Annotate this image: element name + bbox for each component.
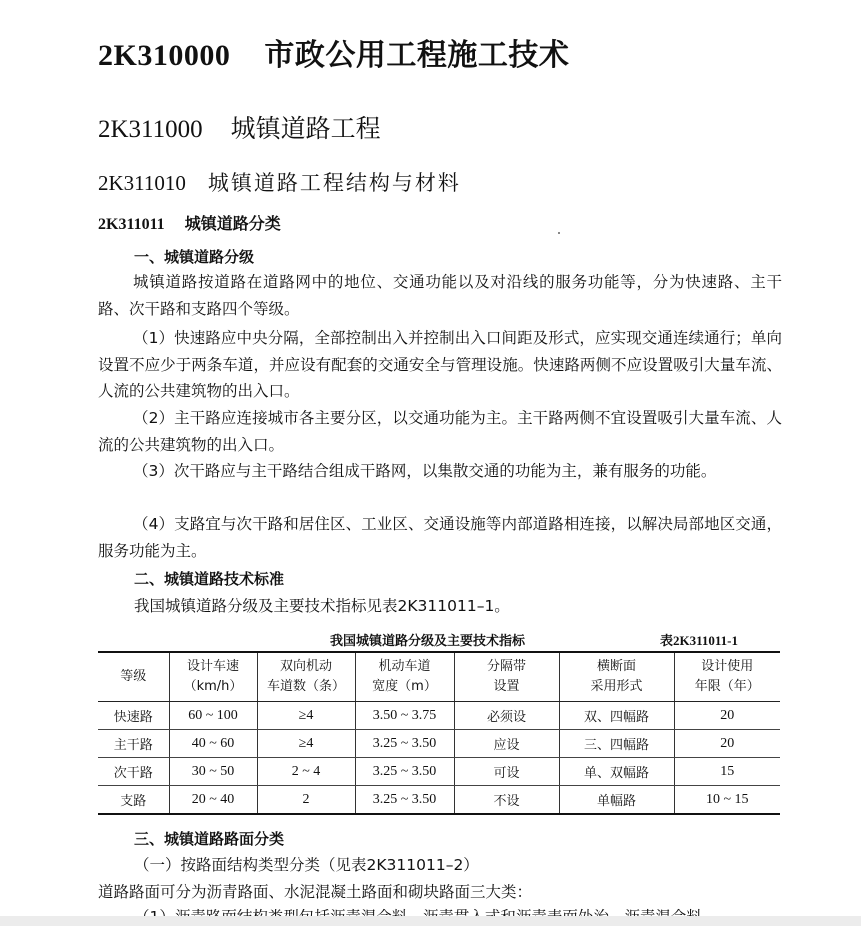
header-design-life: 设计使用年限（年） [674,652,780,702]
cell-speed: 60 ~ 100 [169,702,257,730]
cell-cross-section: 双、四幅路 [559,702,674,730]
subsection-code: 2K311010 [98,171,186,195]
table-row: 次干路 30 ~ 50 2 ~ 4 3.25 ~ 3.50 可设 单、双幅路 1… [98,758,780,786]
cell-lanes: ≥4 [257,730,355,758]
cell-grade: 次干路 [98,758,169,786]
cell-grade: 主干路 [98,730,169,758]
section1-intro: 城镇道路按道路在道路网中的地位、交通功能以及对沿线的服务功能等，分为快速路、主干… [98,269,782,322]
cell-lanes: 2 [257,786,355,815]
cell-median: 不设 [454,786,559,815]
section1-item-3: （3）次干路应与主干路结合组成干路网，以集散交通的功能为主，兼有服务的功能。 [98,458,782,485]
section-heading: 2K311000城镇道路工程 [98,109,381,145]
header-design-speed: 设计车速（km/h） [169,652,257,702]
section-code: 2K311000 [98,116,203,143]
cell-life: 15 [674,758,780,786]
section-title: 城镇道路工程 [231,114,381,143]
cell-speed: 20 ~ 40 [169,786,257,815]
cell-speed: 40 ~ 60 [169,730,257,758]
cell-cross-section: 三、四幅路 [559,730,674,758]
section3-title: 三、城镇道路路面分类 [134,828,284,849]
cell-median: 应设 [454,730,559,758]
cell-lanes: 2 ~ 4 [257,758,355,786]
header-cross-section: 横断面采用形式 [559,652,674,702]
cell-width: 3.25 ~ 3.50 [355,730,454,758]
section1-item-4: （4）支路宜与次干路和居住区、工业区、交通设施等内部道路相连接，以解决局部地区交… [98,511,782,564]
chapter-code: 2K310000 [98,39,230,72]
topic-title: 城镇道路分类 [185,214,281,233]
table-number: 表2K311011-1 [660,630,738,649]
road-classification-table: 等级 设计车速（km/h） 双向机动车道数（条） 机动车道宽度（m） 分隔带设置… [98,651,780,815]
table-header-row: 等级 设计车速（km/h） 双向机动车道数（条） 机动车道宽度（m） 分隔带设置… [98,652,780,702]
subsection-heading: 2K311010城镇道路工程结构与材料 [98,167,461,197]
cell-grade: 支路 [98,786,169,815]
cell-lanes: ≥4 [257,702,355,730]
cell-life: 20 [674,730,780,758]
table-row: 支路 20 ~ 40 2 3.25 ~ 3.50 不设 单幅路 10 ~ 15 [98,786,780,815]
header-median: 分隔带设置 [454,652,559,702]
cell-median: 可设 [454,758,559,786]
topic-heading: 2K311011城镇道路分类 [98,211,281,234]
section2-title: 二、城镇道路技术标准 [134,568,284,589]
cell-median: 必须设 [454,702,559,730]
section1-item-2: （2）主干路应连接城市各主要分区，以交通功能为主。主干路两侧不宜设置吸引大量车流… [98,405,782,458]
section1-title: 一、城镇道路分级 [134,246,254,267]
cell-cross-section: 单幅路 [559,786,674,815]
cell-life: 10 ~ 15 [674,786,780,815]
topic-code: 2K311011 [98,216,165,233]
cell-cross-section: 单、双幅路 [559,758,674,786]
table-row: 快速路 60 ~ 100 ≥4 3.50 ~ 3.75 必须设 双、四幅路 20 [98,702,780,730]
section2-intro: 我国城镇道路分级及主要技术指标见表2K311011–1。 [134,594,510,616]
cell-grade: 快速路 [98,702,169,730]
header-lane-width: 机动车道宽度（m） [355,652,454,702]
scan-speck [558,232,560,234]
cell-width: 3.50 ~ 3.75 [355,702,454,730]
header-grade: 等级 [98,652,169,702]
cell-speed: 30 ~ 50 [169,758,257,786]
table-row: 主干路 40 ~ 60 ≥4 3.25 ~ 3.50 应设 三、四幅路 20 [98,730,780,758]
cell-width: 3.25 ~ 3.50 [355,758,454,786]
section3-line1: 道路路面可分为沥青路面、水泥混凝土路面和砌块路面三大类： [98,880,532,902]
table-caption: 我国城镇道路分级及主要技术指标 [330,630,525,649]
subsection-title: 城镇道路工程结构与材料 [208,171,461,195]
chapter-heading: 2K310000市政公用工程施工技术 [98,30,569,74]
section3-sub1: （一）按路面结构类型分类（见表2K311011–2） [134,853,479,875]
page-bottom-edge [0,916,861,926]
chapter-title: 市政公用工程施工技术 [264,38,569,73]
section1-item-1: （1）快速路应中央分隔，全部控制出入并控制出入口间距及形式，应实现交通连续通行；… [98,325,782,405]
cell-width: 3.25 ~ 3.50 [355,786,454,815]
header-lanes: 双向机动车道数（条） [257,652,355,702]
cell-life: 20 [674,702,780,730]
